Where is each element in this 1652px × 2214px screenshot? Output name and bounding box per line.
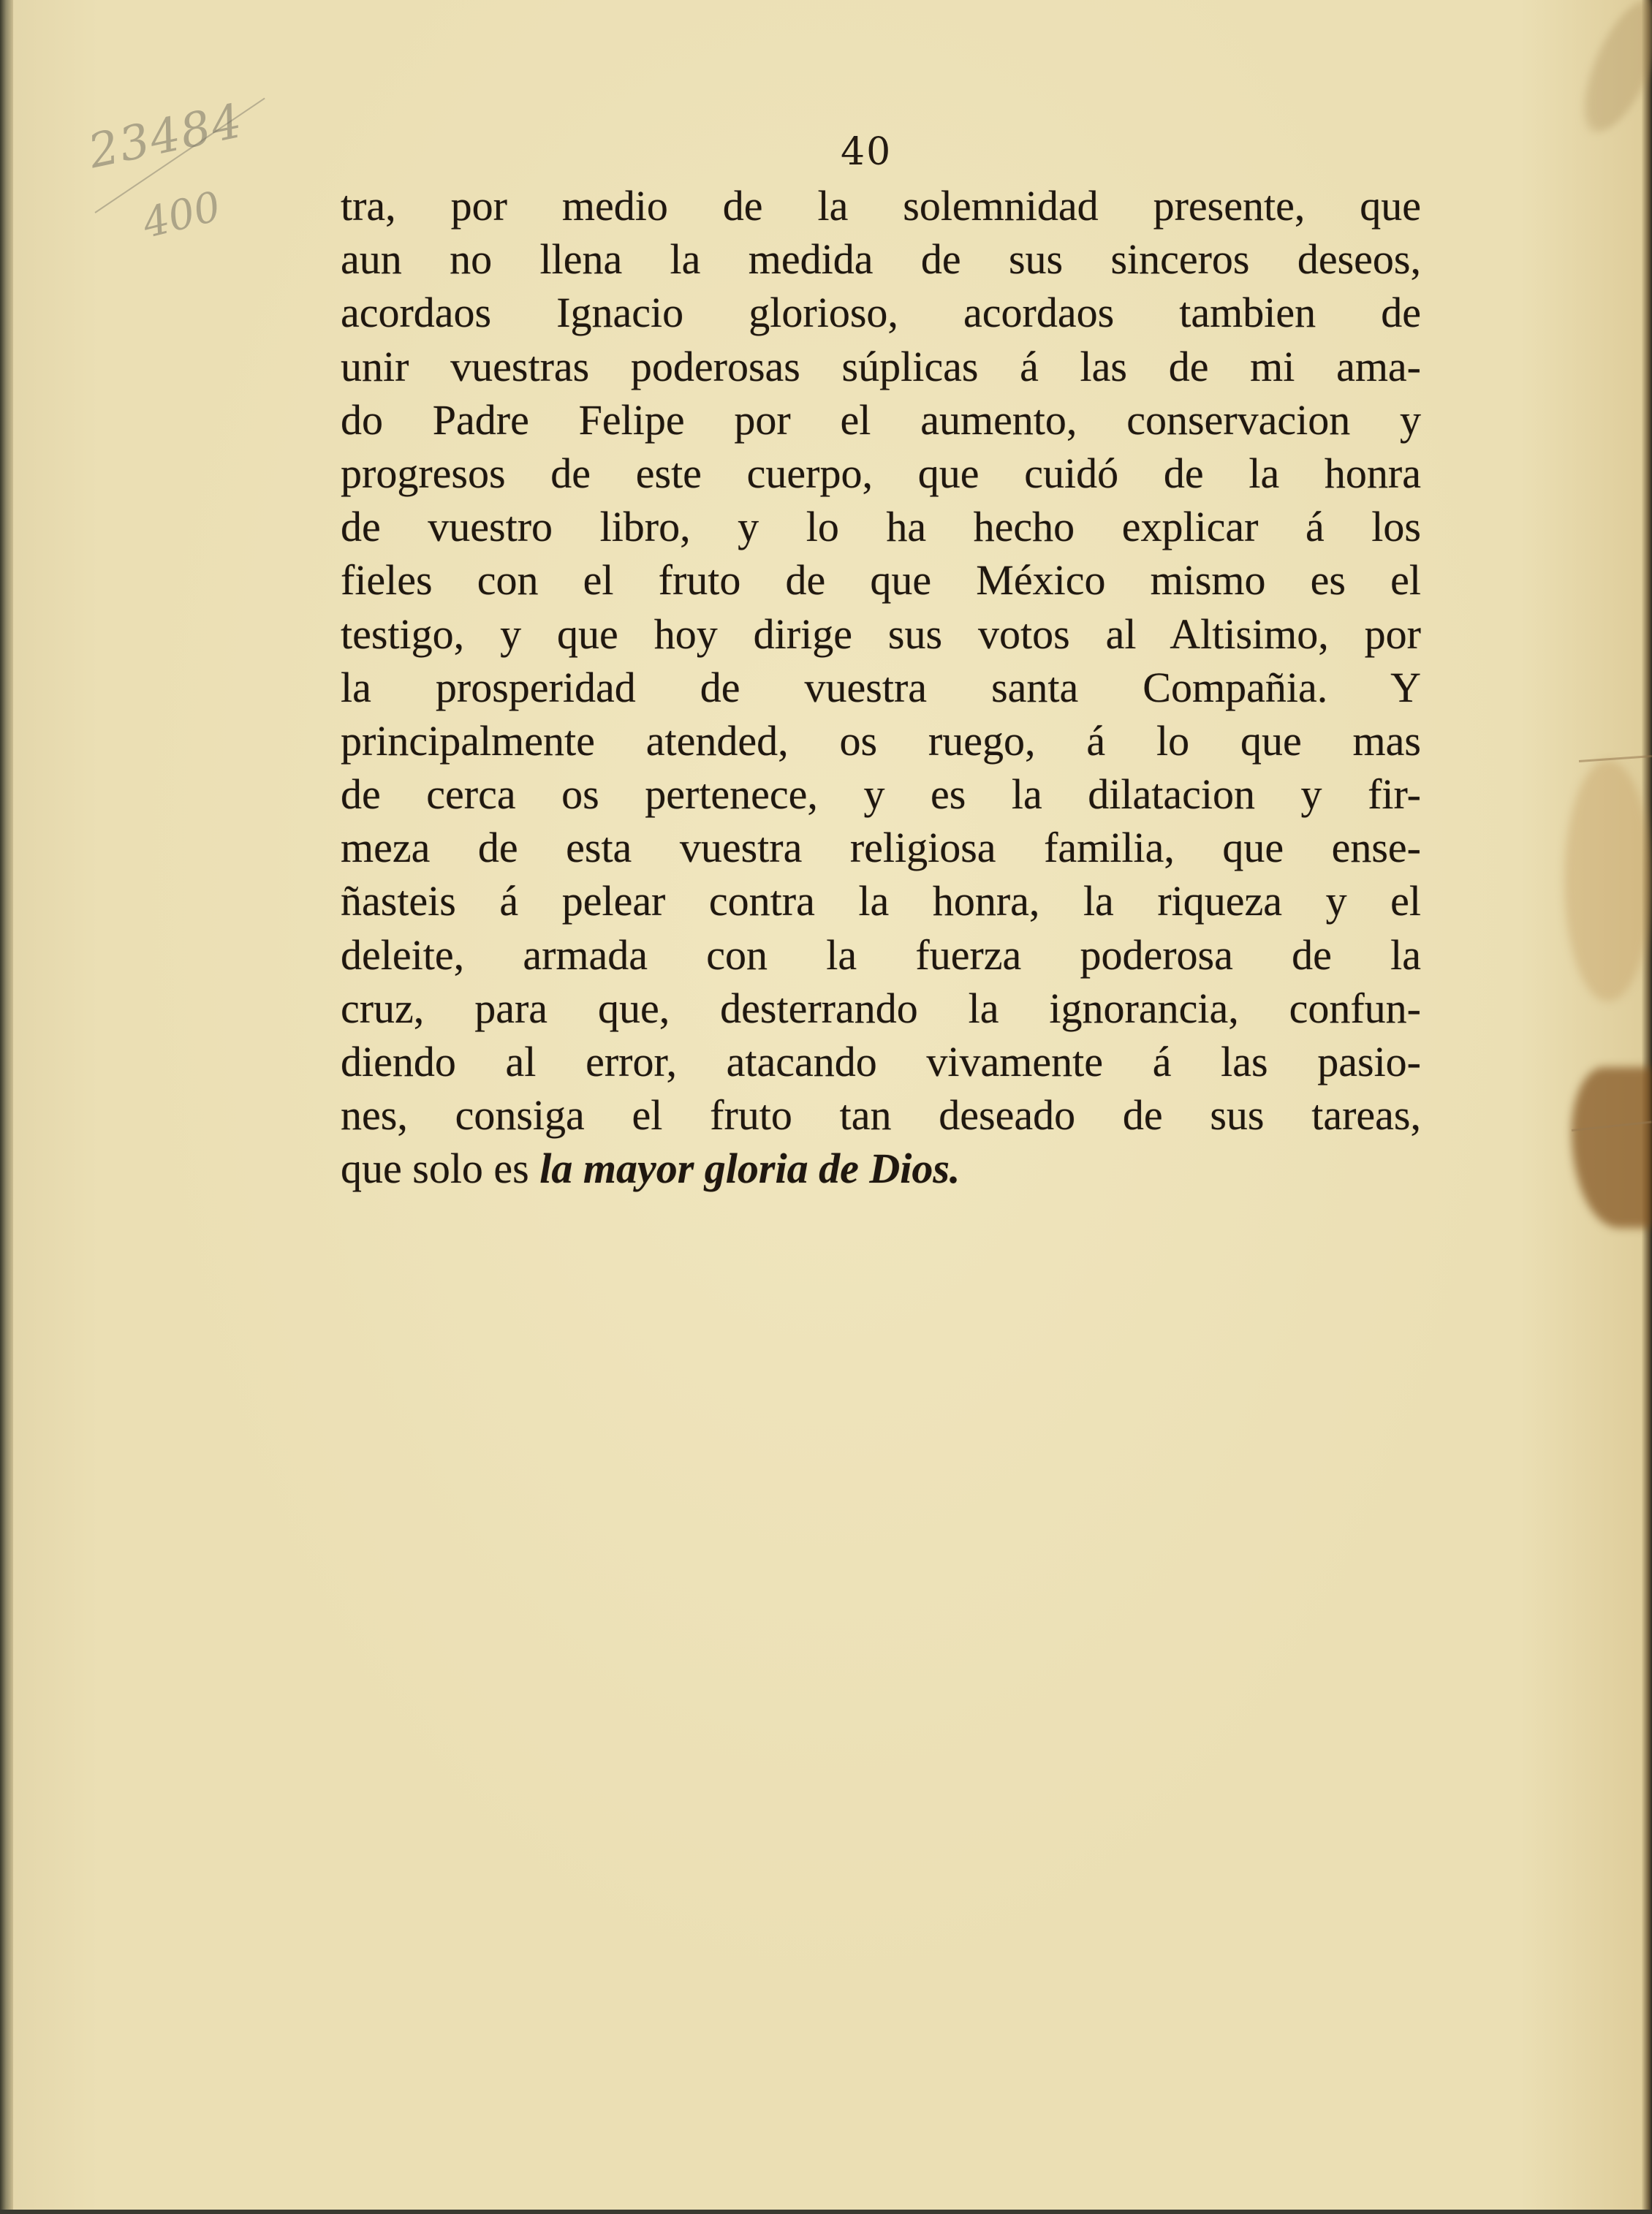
text-line: principalmente atended, os ruego, á lo q… xyxy=(341,714,1421,767)
paper-stain-middle xyxy=(1564,760,1652,1001)
page-number: 40 xyxy=(841,130,892,174)
text-line: de vuestro libro, y lo ha hecho explicar… xyxy=(341,500,1421,553)
text-line: diendo al error, atacando vivamente á la… xyxy=(341,1035,1421,1088)
paper-stain-top xyxy=(1569,0,1652,132)
scanned-book-page: 23484 400 40 tra, por medio de la solemn… xyxy=(0,0,1652,2214)
page-left-edge xyxy=(0,0,13,2214)
text-line-final: que solo es la mayor gloria de Dios. xyxy=(341,1142,1421,1195)
text-line: progresos de este cuerpo, que cuidó de l… xyxy=(341,447,1421,500)
text-line: de cerca os pertenece, y es la dilatacio… xyxy=(341,767,1421,821)
text-line: do Padre Felipe por el aumento, conserva… xyxy=(341,393,1421,447)
pencil-note-catalog-number: 23484 xyxy=(84,94,248,180)
text-line: aun no llena la medida de sus sinceros d… xyxy=(341,232,1421,286)
pencil-note-price: 400 xyxy=(138,183,225,248)
text-line: testigo, y que hoy dirige sus votos al A… xyxy=(341,607,1421,661)
text-line: fieles con el fruto de que México mismo … xyxy=(341,553,1421,607)
text-line: meza de esta vuestra religiosa familia, … xyxy=(341,821,1421,874)
final-line-italic-motto: la mayor gloria de Dios. xyxy=(539,1145,960,1192)
text-line: acordaos Ignacio glorioso, acordaos tamb… xyxy=(341,286,1421,339)
text-line: unir vuestras poderosas súplicas á las d… xyxy=(341,340,1421,393)
text-line: nes, consiga el fruto tan deseado de sus… xyxy=(341,1088,1421,1142)
text-line: deleite, armada con la fuerza poderosa d… xyxy=(341,928,1421,982)
final-line-roman: que solo es xyxy=(341,1145,539,1192)
body-text: tra, por medio de la solemnidad presente… xyxy=(341,179,1421,1196)
text-line: tra, por medio de la solemnidad presente… xyxy=(341,179,1421,232)
page-bottom-edge xyxy=(0,2210,1652,2214)
text-line: cruz, para que, desterrando la ignoranci… xyxy=(341,982,1421,1035)
paper-burn-mark xyxy=(1572,1067,1652,1228)
text-line: ñasteis á pelear contra la honra, la riq… xyxy=(341,874,1421,928)
text-line: la prosperidad de vuestra santa Compañia… xyxy=(341,661,1421,714)
